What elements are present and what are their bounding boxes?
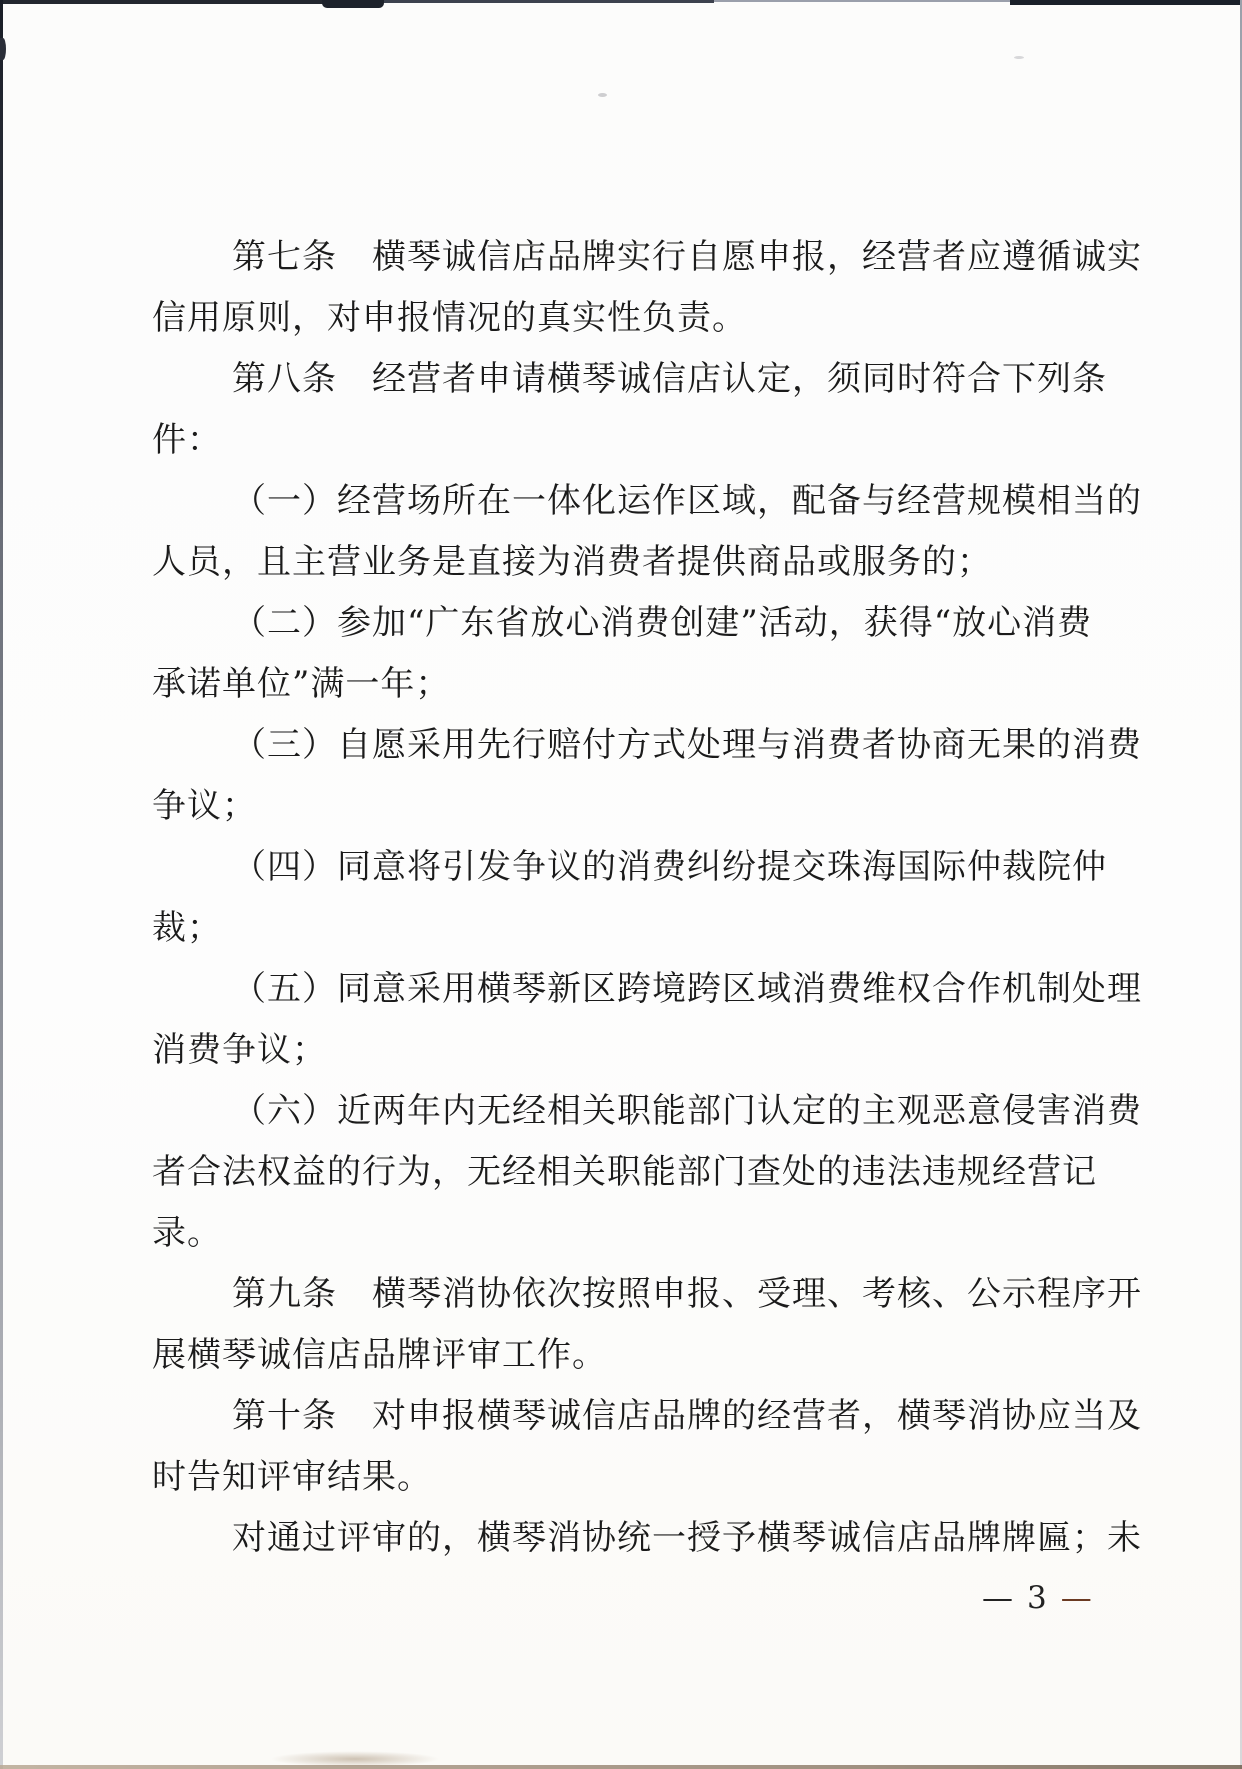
scan-artifact-top-edge — [1010, 0, 1242, 5]
text-line: 第十条 对申报横琴诚信店品牌的经营者，横琴消协应当及 — [152, 1386, 1112, 1447]
scan-artifact-top-edge — [0, 0, 325, 4]
text-line: 争议； — [152, 776, 1112, 837]
text-line: 录。 — [152, 1203, 1112, 1264]
text-line: 件： — [152, 410, 1112, 471]
text-line: （二）参加“广东省放心消费创建”活动，获得“放心消费 — [152, 593, 1112, 654]
text-line: 信用原则，对申报情况的真实性负责。 — [152, 288, 1112, 349]
text-line: 裁； — [152, 898, 1112, 959]
text-line: 第八条 经营者申请横琴诚信店认定，须同时符合下列条 — [152, 349, 1112, 410]
scan-artifact-top-blob — [322, 0, 384, 8]
scan-artifact-bottom-smudge — [270, 1751, 440, 1767]
page-number-dash-right: — — [1054, 1580, 1099, 1616]
page-number: —3— — [975, 1580, 1099, 1616]
text-line: （三）自愿采用先行赔付方式处理与消费者协商无果的消费 — [152, 715, 1112, 776]
text-line: 展横琴诚信店品牌评审工作。 — [152, 1325, 1112, 1386]
text-line: 时告知评审结果。 — [152, 1447, 1112, 1508]
text-line: （五）同意采用横琴新区跨境跨区域消费维权合作机制处理 — [152, 959, 1112, 1020]
scanned-document-page: 第七条 横琴诚信店品牌实行自愿申报，经营者应遵循诚实 信用原则，对申报情况的真实… — [0, 0, 1242, 1769]
scan-artifact-top-edge — [384, 0, 714, 3]
scan-artifact-top-edge — [714, 0, 1010, 2]
scan-artifact-speck — [598, 93, 607, 97]
document-body: 第七条 横琴诚信店品牌实行自愿申报，经营者应遵循诚实 信用原则，对申报情况的真实… — [152, 227, 1112, 1569]
scan-artifact-speck — [1014, 56, 1024, 59]
scan-artifact-bottom-edge — [0, 1765, 1242, 1769]
text-line: （四）同意将引发争议的消费纠纷提交珠海国际仲裁院仲 — [152, 837, 1112, 898]
text-line: （一）经营场所在一体化运作区域，配备与经营规模相当的 — [152, 471, 1112, 532]
scan-artifact-left-edge — [0, 0, 3, 1769]
text-line: 消费争议； — [152, 1020, 1112, 1081]
text-line: 者合法权益的行为，无经相关职能部门查处的违法违规经营记 — [152, 1142, 1112, 1203]
scan-artifact-left-blob — [0, 38, 6, 60]
text-line: （六）近两年内无经相关职能部门认定的主观恶意侵害消费 — [152, 1081, 1112, 1142]
text-line: 人员，且主营业务是直接为消费者提供商品或服务的； — [152, 532, 1112, 593]
text-line: 对通过评审的，横琴消协统一授予横琴诚信店品牌牌匾；未 — [152, 1508, 1112, 1569]
page-number-value: 3 — [1020, 1580, 1054, 1616]
text-line: 第七条 横琴诚信店品牌实行自愿申报，经营者应遵循诚实 — [152, 227, 1112, 288]
text-line: 承诺单位”满一年； — [152, 654, 1112, 715]
text-line: 第九条 横琴消协依次按照申报、受理、考核、公示程序开 — [152, 1264, 1112, 1325]
page-number-dash-left: — — [975, 1580, 1020, 1616]
